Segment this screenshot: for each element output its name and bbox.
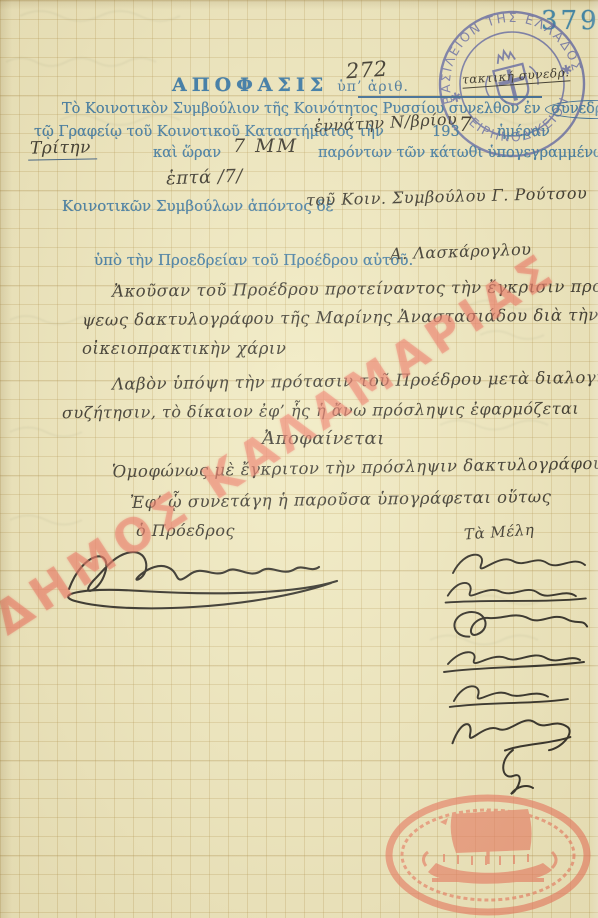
presidency-printed: ὑπὸ τὴν Προεδρείαν τοῦ Προέδρου αὐτοῦ. bbox=[94, 251, 413, 269]
kai-oran-printed: καὶ ὥραν bbox=[153, 145, 221, 161]
body-line1-circled-text: συνεδριάσει ἐν bbox=[545, 100, 598, 119]
decision-title-word: ΑΠΟΦΑΣΙΣ bbox=[172, 74, 328, 96]
trireme-ship-icon bbox=[423, 809, 556, 884]
body-line1: Τὸ Κοινοτικὸν Συμβούλιον τῆς Κοινότητος … bbox=[62, 101, 598, 117]
trireme-oval-stamp bbox=[382, 792, 594, 918]
absent-name-handwritten: τοῦ Κοιν. Συμβούλου Γ. Ρούτσου bbox=[306, 183, 588, 209]
paronton-printed: παρόντων τῶν κάτωθι ὑπογεγραμμένων bbox=[318, 145, 598, 161]
decision-number-rule bbox=[358, 96, 542, 98]
member-count-handwritten: ἑπτά /7/ bbox=[166, 166, 244, 190]
minutes-line-3: οἰκειοπρακτικὴν χάριν bbox=[82, 339, 286, 358]
day-handwritten: Τρίτην bbox=[28, 137, 97, 160]
decision-number-handwritten: 272 bbox=[345, 57, 388, 84]
imera-printed: ἡμέραν bbox=[497, 124, 550, 140]
time-handwritten: 7 ΜΜ bbox=[233, 135, 298, 157]
scanned-document-page: 379 ΒΑΣΙΛΕΙΟΝ ΤΗΣ ΕΛΛΑΔΟΣ ΕΙΡΗΝΟΔΙΚΕΙΟΝ … bbox=[0, 0, 598, 918]
absent-printed: Κοινοτικῶν Συμβούλων ἀπόντος δὲ bbox=[62, 197, 334, 215]
members-label: Τὰ Μέλη bbox=[463, 521, 534, 544]
year-digit-handwritten: 7 bbox=[459, 112, 472, 136]
